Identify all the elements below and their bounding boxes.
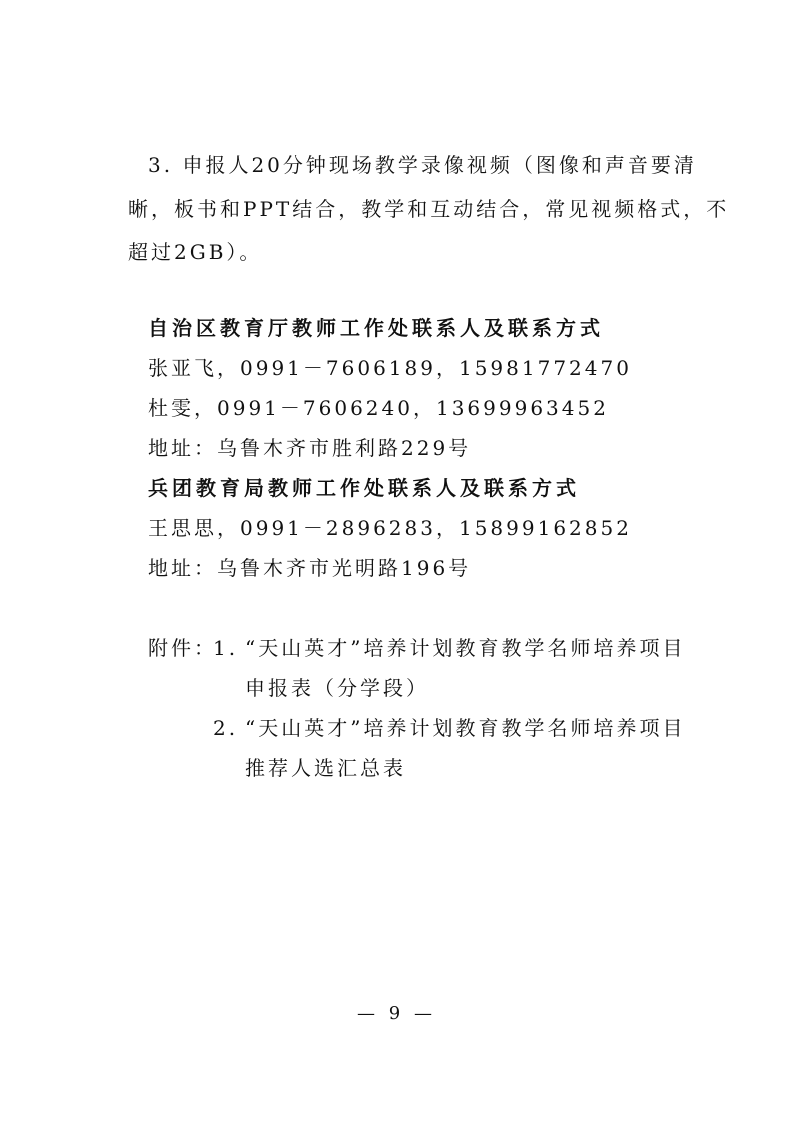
region-contact-person-2: 杜雯，0991－7606240，13699963452	[148, 396, 609, 420]
attachment-1-title-line2: 申报表（分学段）	[245, 676, 429, 700]
region-contact-heading: 自治区教育厅教师工作处联系人及联系方式	[148, 316, 604, 340]
item3-line-1: 3. 申报人20分钟现场教学录像视频（图像和声音要清	[148, 153, 697, 177]
corps-contact-address: 地址：乌鲁木齐市光明路196号	[148, 556, 471, 580]
region-contact-person-1: 张亚飞，0991－7606189，15981772470	[148, 356, 632, 380]
page-number: — 9 —	[0, 1003, 793, 1024]
item3-line-3: 超过2GB）。	[128, 240, 262, 264]
region-contact-address: 地址：乌鲁木齐市胜利路229号	[148, 436, 471, 460]
attachment-1-title-line1: “天山英才”培养计划教育教学名师培养项目	[245, 636, 685, 660]
attachment-1-number: 1.	[213, 636, 238, 660]
corps-contact-heading: 兵团教育局教师工作处联系人及联系方式	[148, 476, 580, 500]
attachment-2-title-line2: 推荐人选汇总表	[245, 756, 406, 780]
attachment-2-number: 2.	[213, 716, 238, 740]
attachments-label: 附件：	[148, 636, 217, 660]
corps-contact-person-1: 王思思，0991－2896283，15899162852	[148, 516, 632, 540]
item3-line-2: 晰，板书和PPT结合，教学和互动结合，常见视频格式，不	[128, 197, 729, 221]
attachment-2-title-line1: “天山英才”培养计划教育教学名师培养项目	[245, 716, 685, 740]
